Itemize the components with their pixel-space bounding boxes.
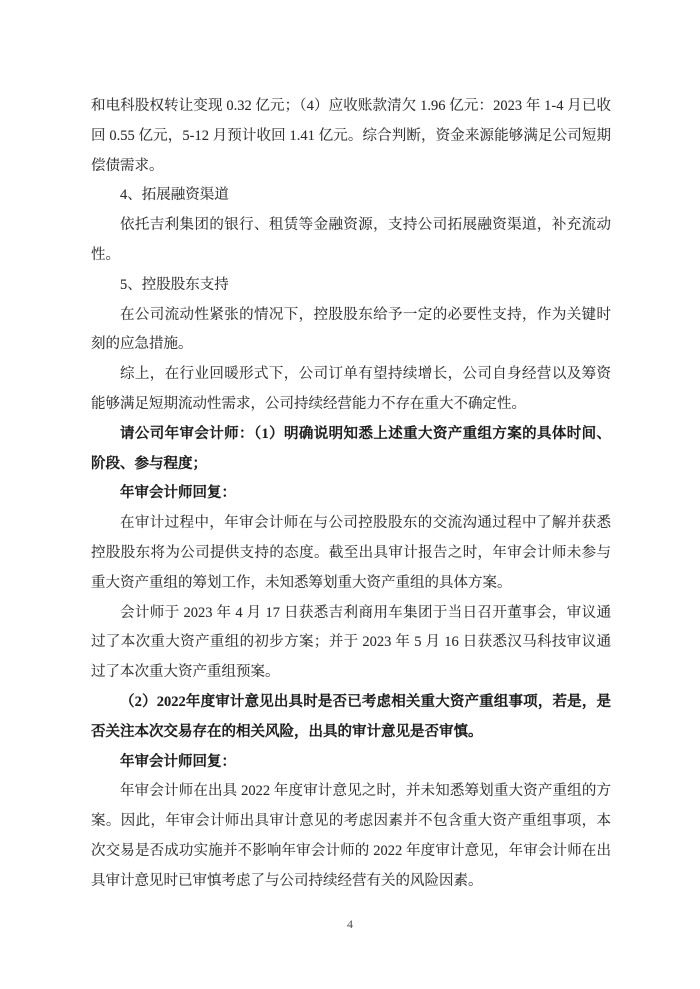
question-2-2022-audit-opinion-consideration: （2）2022年度审计意见出具时是否已考虑相关重大资产重组事项，若是，是否关注本… (91, 688, 611, 748)
document-page: 和电科股权转让变现 0.32 亿元；（4）应收账款清欠 1.96 亿元：2023… (0, 0, 700, 989)
auditor-reply-label-1: 年审会计师回复： (91, 479, 611, 509)
heading-5-controlling-shareholder-support: 5、控股股东支持 (91, 271, 611, 301)
heading-4-expand-financing-channels: 4、拓展融资渠道 (91, 181, 611, 211)
paragraph-going-concern-conclusion: 综上，在行业回暖形式下，公司订单有望持续增长，公司自身经营以及筹资能够满足短期流… (91, 360, 611, 420)
paragraph-liquidity-emergency-measures: 在公司流动性紧张的情况下，控股股东给予一定的必要性支持，作为关键时刻的应急措施。 (91, 301, 611, 361)
page-footer: 4 (0, 915, 700, 933)
paragraph-geely-group-financial-resources: 依托吉利集团的银行、租赁等金融资源，支持公司拓展融资渠道，补充流动性。 (91, 211, 611, 271)
auditor-reply-label-2: 年审会计师回复： (91, 748, 611, 778)
paragraph-2022-opinion-not-affected: 年审会计师在出具 2022 年度审计意见之时，并未知悉筹划重大资产重组的方案。因… (91, 777, 611, 896)
paragraph-audit-process-awareness: 在审计过程中，年审会计师在与公司控股股东的交流沟通过程中了解并获悉控股股东将为公… (91, 509, 611, 598)
page-number: 4 (347, 917, 353, 931)
question-1-auditor-awareness-of-restructuring: 请公司年审会计师：（1）明确说明知悉上述重大资产重组方案的具体时间、阶段、参与程… (91, 420, 611, 480)
paragraph-restructuring-timeline: 会计师于 2023 年 4 月 17 日获悉吉利商用车集团于当日召开董事会，审议… (91, 599, 611, 688)
paragraph-funding-sources-continuation: 和电科股权转让变现 0.32 亿元；（4）应收账款清欠 1.96 亿元：2023… (91, 92, 611, 181)
document-body: 和电科股权转让变现 0.32 亿元；（4）应收账款清欠 1.96 亿元：2023… (91, 92, 611, 897)
